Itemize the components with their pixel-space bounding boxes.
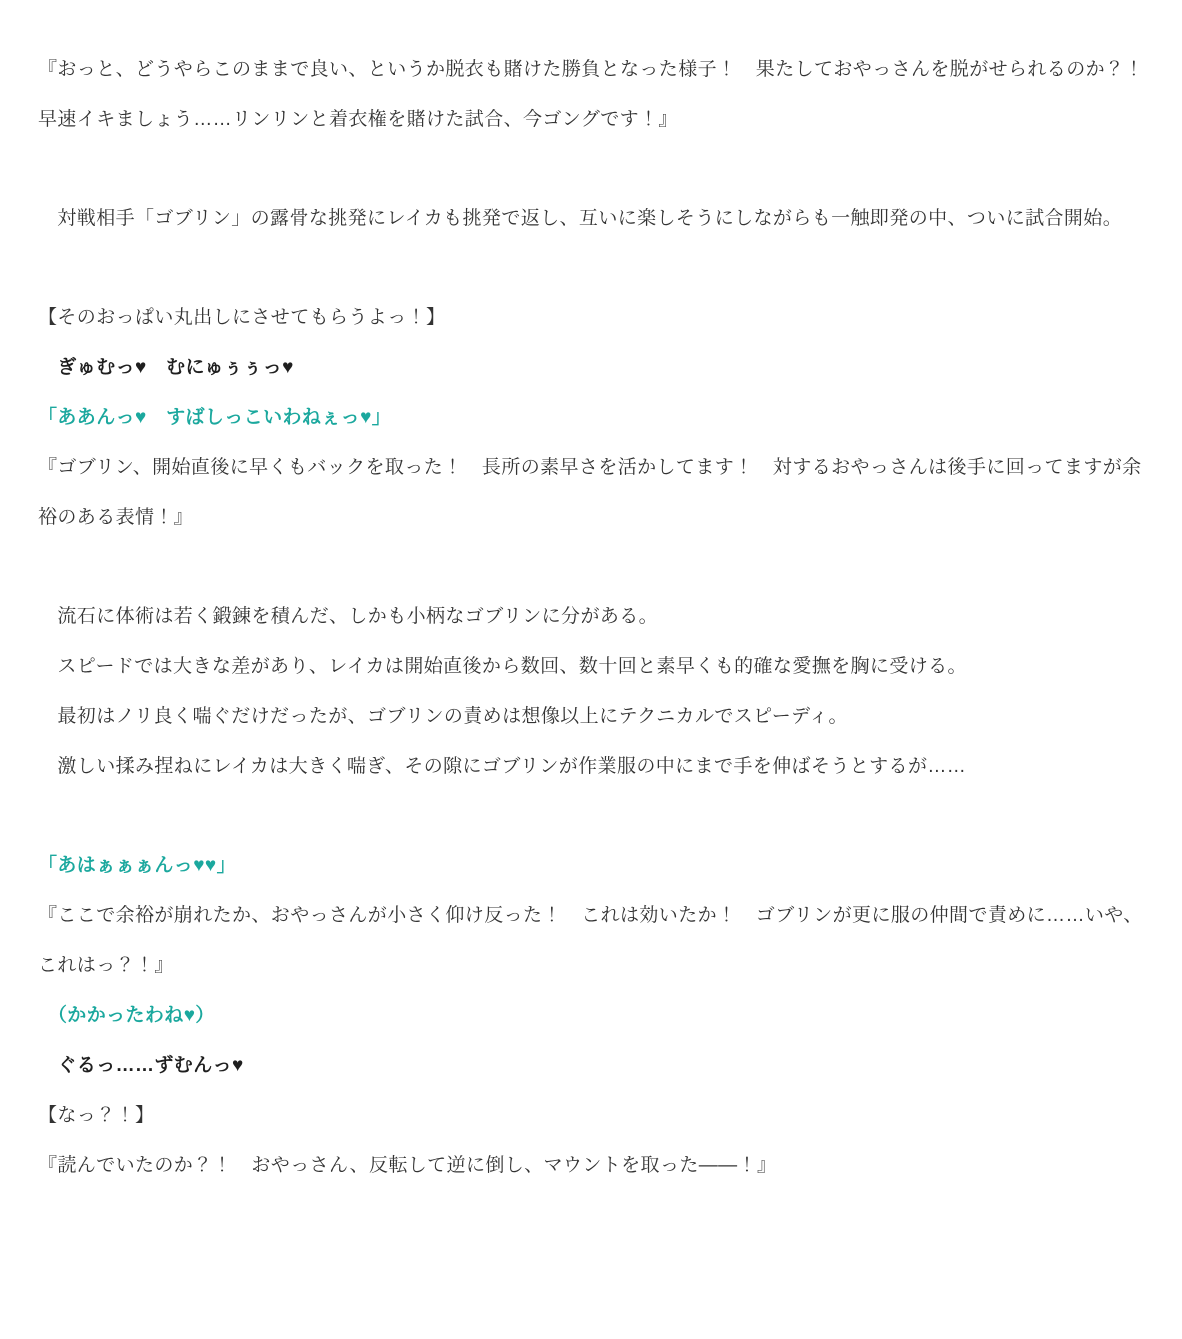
narration-line: スピードでは大きな差があり、レイカは開始直後から数回、数十回と素早くも的確な愛撫… [38,642,1144,692]
teal-dialogue-line: 「あはぁぁぁんっ♥♥」 [38,841,1144,891]
announcer-line: 早速イキましょう……リンリンと着衣権を賭けた試合、今ゴングです！』 [38,95,1144,145]
announcer-line: これはっ？！』 [38,941,1144,991]
bracket-dialogue-line: 【そのおっぱい丸出しにさせてもらうよっ！】 [38,293,1144,343]
announcer-line: 『ゴブリン、開始直後に早くもバックを取った！ 長所の素早さを活かしてます！ 対す… [38,443,1144,493]
bracket-dialogue-line: 【なっ？！】 [38,1091,1144,1141]
announcer-line: 裕のある表情！』 [38,493,1144,543]
teal-dialogue-line: 「ああんっ♥ すばしっこいわねぇっ♥」 [38,393,1144,443]
narration-line: 流石に体術は若く鍛錬を積んだ、しかも小柄なゴブリンに分がある。 [38,592,1144,642]
announcer-line: 『おっと、どうやらこのままで良い、というか脱衣も賭けた勝負となった様子！ 果たし… [38,45,1144,95]
narration-line: 激しい揉み捏ねにレイカは大きく喘ぎ、その隙にゴブリンが作業服の中にまで手を伸ばそ… [38,742,1144,792]
announcer-line: 『読んでいたのか？！ おやっさん、反転して逆に倒し、マウントを取った――！』 [38,1141,1144,1191]
novel-page: 『おっと、どうやらこのままで良い、というか脱衣も賭けた勝負となった様子！ 果たし… [0,0,1182,1339]
announcer-line: 『ここで余裕が崩れたか、おやっさんが小さく仰け反った！ これは効いたか！ ゴブリ… [38,891,1144,941]
sfx-line: ぎゅむっ♥ むにゅぅぅっ♥ [38,343,1144,393]
sfx-line: ぐるっ……ずむんっ♥ [38,1041,1144,1091]
narration-line: 最初はノリ良く喘ぐだけだったが、ゴブリンの責めは想像以上にテクニカルでスピーディ… [38,692,1144,742]
story-text-block: 『おっと、どうやらこのままで良い、というか脱衣も賭けた勝負となった様子！ 果たし… [0,0,1182,1191]
teal-dialogue-line: （かかったわね♥） [38,991,1144,1041]
narration-line: 対戦相手「ゴブリン」の露骨な挑発にレイカも挑発で返し、互いに楽しそうにしながらも… [38,194,1144,244]
